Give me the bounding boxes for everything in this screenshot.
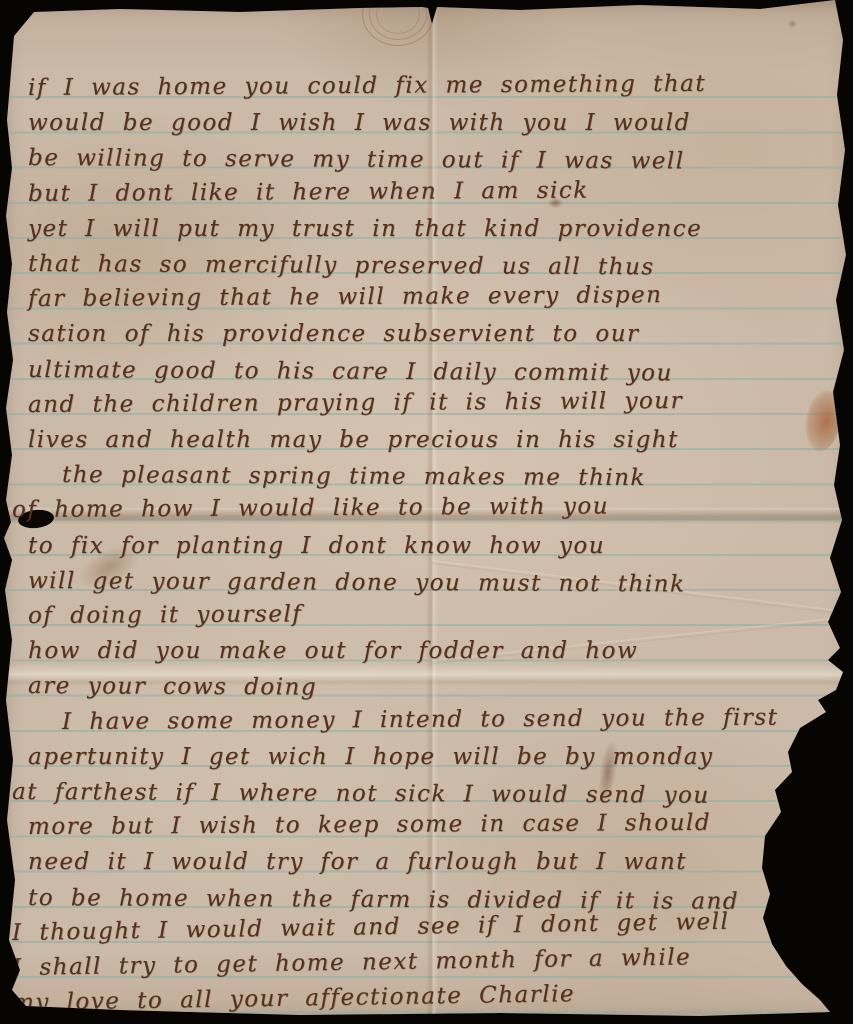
letter-line: of home how I would like to be with you [12, 490, 609, 530]
letter-line: to fix for planting I dont know how you [28, 529, 605, 565]
scan-background: if I was home you could fix me something… [0, 0, 853, 1024]
letter-line: my love to all your affectionate Charlie [12, 977, 576, 1022]
letter-line: more but I wish to keep some in case I s… [28, 806, 711, 846]
letter-line: are your cows doing [28, 669, 317, 707]
letter-line: sation of his providence subservient to … [28, 317, 640, 353]
letter-line: lives and health may be precious in his … [28, 423, 679, 459]
letter-line: but I dont like it here when I am sick [28, 173, 589, 212]
letter-line: would be good I wish I was with you I wo… [28, 106, 691, 142]
letter-line: and the children praying if it is his wi… [28, 384, 683, 424]
letter-line: far believing that he will make every di… [28, 278, 663, 318]
letter-line: yet I will put my trust in that kind pro… [28, 212, 702, 248]
letter-page: if I was home you could fix me something… [0, 0, 853, 1024]
letter-text: if I was home you could fix me something… [0, 0, 853, 1024]
letter-line: need it I would try for a furlough but I… [28, 845, 687, 881]
letter-line: apertunity I get wich I hope will be by … [28, 740, 714, 776]
letter-line: will get your garden done you must not t… [28, 564, 686, 603]
letter-line: if I was home you could fix me something… [28, 67, 706, 107]
letter-line: how did you make out for fodder and how [28, 634, 638, 670]
letter-line: of doing it yourself [28, 597, 303, 635]
letter-line: I have some money I intend to send you t… [62, 700, 779, 740]
